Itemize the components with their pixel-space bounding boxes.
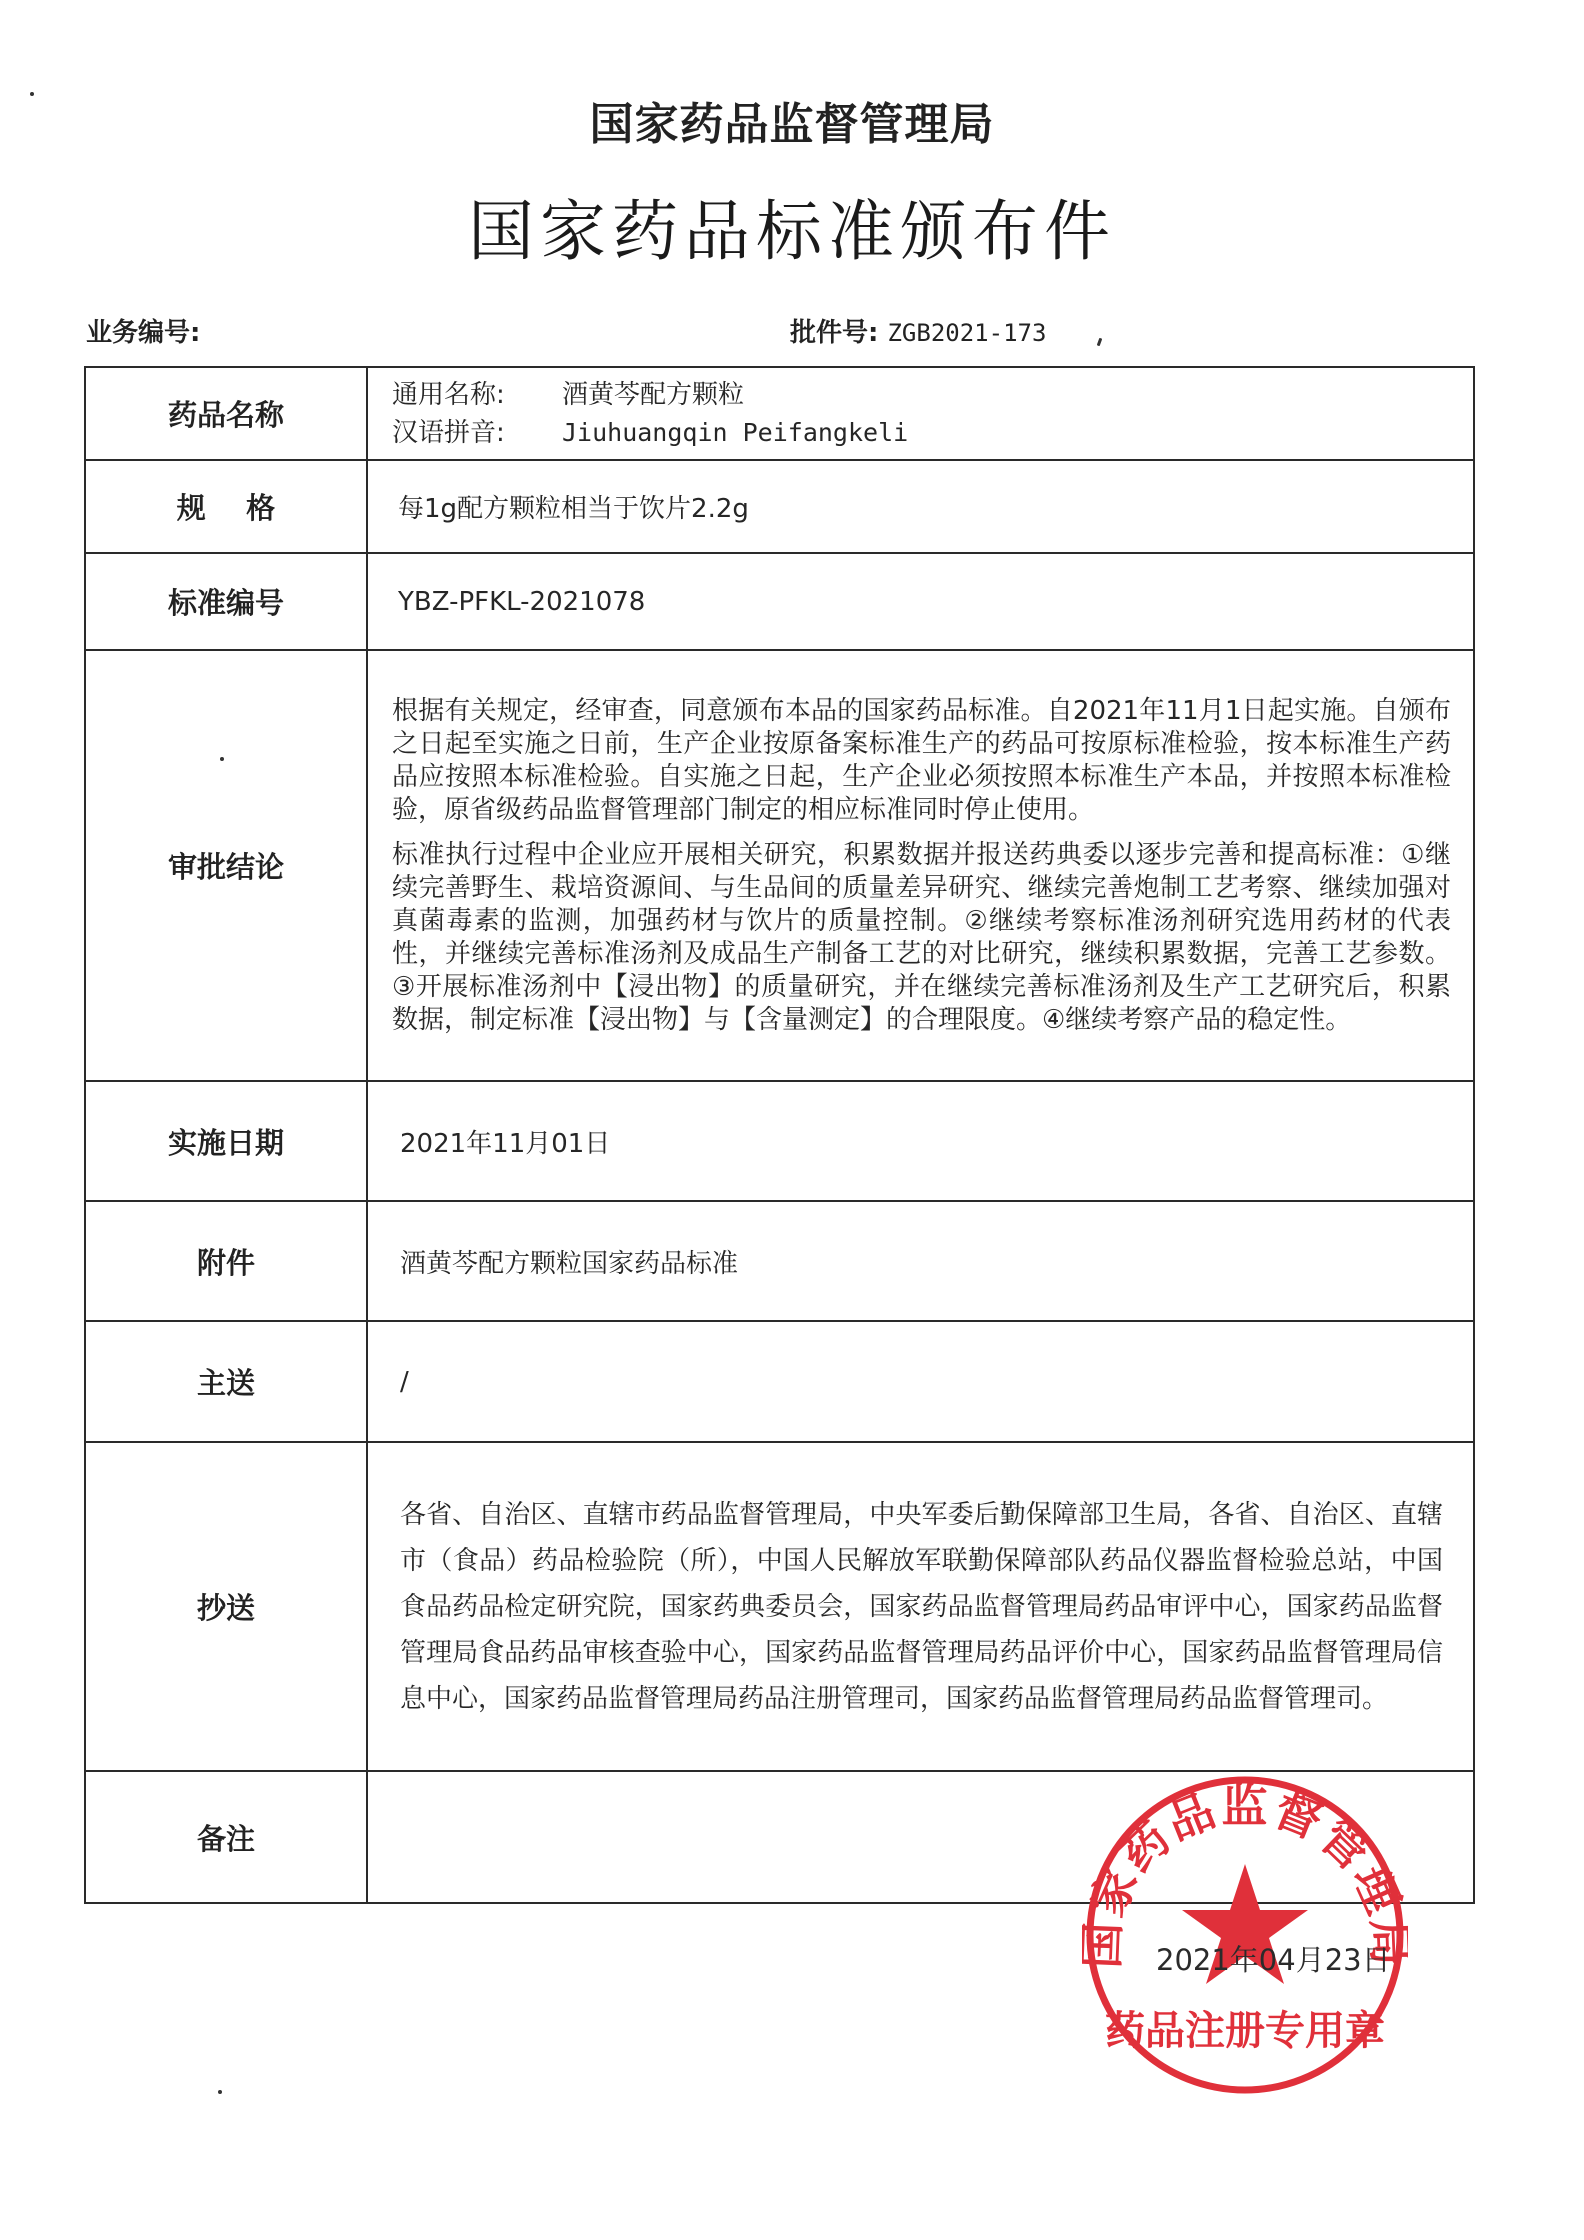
scan-speck xyxy=(1097,338,1103,347)
cc-label: 抄送 xyxy=(85,1442,367,1771)
approval-paragraph-2: 标准执行过程中企业应开展相关研究，积累数据并报送药典委以逐步完善和提高标准：①继… xyxy=(392,839,1451,1037)
scan-speck xyxy=(220,757,224,761)
batch-number: 批件号: ZGB2021-173 xyxy=(790,312,1046,349)
attachment-value: 酒黄芩配方颗粒国家药品标准 xyxy=(367,1201,1474,1321)
generic-name-value: 酒黄芩配方颗粒 xyxy=(562,380,744,410)
row-attachment: 附件 酒黄芩配方颗粒国家药品标准 xyxy=(85,1201,1474,1321)
row-cc: 抄送 各省、自治区、直辖市药品监督管理局，中央军委后勤保障部卫生局，各省、自治区… xyxy=(85,1442,1474,1771)
row-main-recipient: 主送 / xyxy=(85,1321,1474,1442)
row-standard-number: 标准编号 YBZ-PFKL-2021078 xyxy=(85,553,1474,650)
batch-number-label: 批件号: xyxy=(790,318,878,348)
batch-number-value: ZGB2021-173 xyxy=(887,319,1046,347)
standard-number-label: 标准编号 xyxy=(85,553,367,650)
official-seal-icon: 国家药品监督管理局 药品注册专用章 xyxy=(1082,1772,1408,2098)
pinyin-key: 汉语拼音: xyxy=(392,414,562,452)
main-recipient-value: / xyxy=(367,1321,1474,1442)
scan-speck xyxy=(30,92,34,96)
document-title: 国家药品标准颁布件 xyxy=(0,178,1584,273)
specification-value: 每1g配方颗粒相当于饮片2.2g xyxy=(367,460,1474,553)
pinyin-line: 汉语拼音:Jiuhuangqin Peifangkeli xyxy=(392,414,1451,452)
standard-number-value: YBZ-PFKL-2021078 xyxy=(367,553,1474,650)
business-number: 业务编号: xyxy=(86,312,200,349)
approval-conclusion-label: 审批结论 xyxy=(85,650,367,1081)
business-number-label: 业务编号: xyxy=(86,318,200,348)
specification-label: 规 格 xyxy=(85,460,367,553)
row-effective-date: 实施日期 2021年11月01日 xyxy=(85,1081,1474,1201)
effective-date-label: 实施日期 xyxy=(85,1081,367,1201)
approval-conclusion-cell: 根据有关规定，经审查，同意颁布本品的国家药品标准。自2021年11月1日起实施。… xyxy=(367,650,1474,1081)
drug-name-label: 药品名称 xyxy=(85,367,367,460)
cc-value-cell: 各省、自治区、直辖市药品监督管理局，中央军委后勤保障部卫生局，各省、自治区、直辖… xyxy=(367,1442,1474,1771)
seal-date: 2021年04月23日 xyxy=(1156,1938,1391,1979)
main-recipient-label: 主送 xyxy=(85,1321,367,1442)
issuing-agency: 国家药品监督管理局 xyxy=(0,88,1584,152)
approval-paragraph-1: 根据有关规定，经审查，同意颁布本品的国家药品标准。自2021年11月1日起实施。… xyxy=(392,695,1451,827)
row-specification: 规 格 每1g配方颗粒相当于饮片2.2g xyxy=(85,460,1474,553)
generic-name-key: 通用名称: xyxy=(392,376,562,414)
scan-speck xyxy=(218,2090,222,2094)
seal-inner-text: 药品注册专用章 xyxy=(1105,2008,1385,2054)
remarks-label: 备注 xyxy=(85,1771,367,1903)
effective-date-value: 2021年11月01日 xyxy=(367,1081,1474,1201)
standard-issuance-form: 药品名称 通用名称:酒黄芩配方颗粒 汉语拼音:Jiuhuangqin Peifa… xyxy=(84,366,1475,1904)
attachment-label: 附件 xyxy=(85,1201,367,1321)
row-approval-conclusion: 审批结论 根据有关规定，经审查，同意颁布本品的国家药品标准。自2021年11月1… xyxy=(85,650,1474,1081)
cc-value: 各省、自治区、直辖市药品监督管理局，中央军委后勤保障部卫生局，各省、自治区、直辖… xyxy=(400,1492,1443,1722)
pinyin-value: Jiuhuangqin Peifangkeli xyxy=(562,418,908,447)
row-drug-name: 药品名称 通用名称:酒黄芩配方颗粒 汉语拼音:Jiuhuangqin Peifa… xyxy=(85,367,1474,460)
generic-name-line: 通用名称:酒黄芩配方颗粒 xyxy=(392,376,1451,414)
drug-name-cell: 通用名称:酒黄芩配方颗粒 汉语拼音:Jiuhuangqin Peifangkel… xyxy=(367,367,1474,460)
